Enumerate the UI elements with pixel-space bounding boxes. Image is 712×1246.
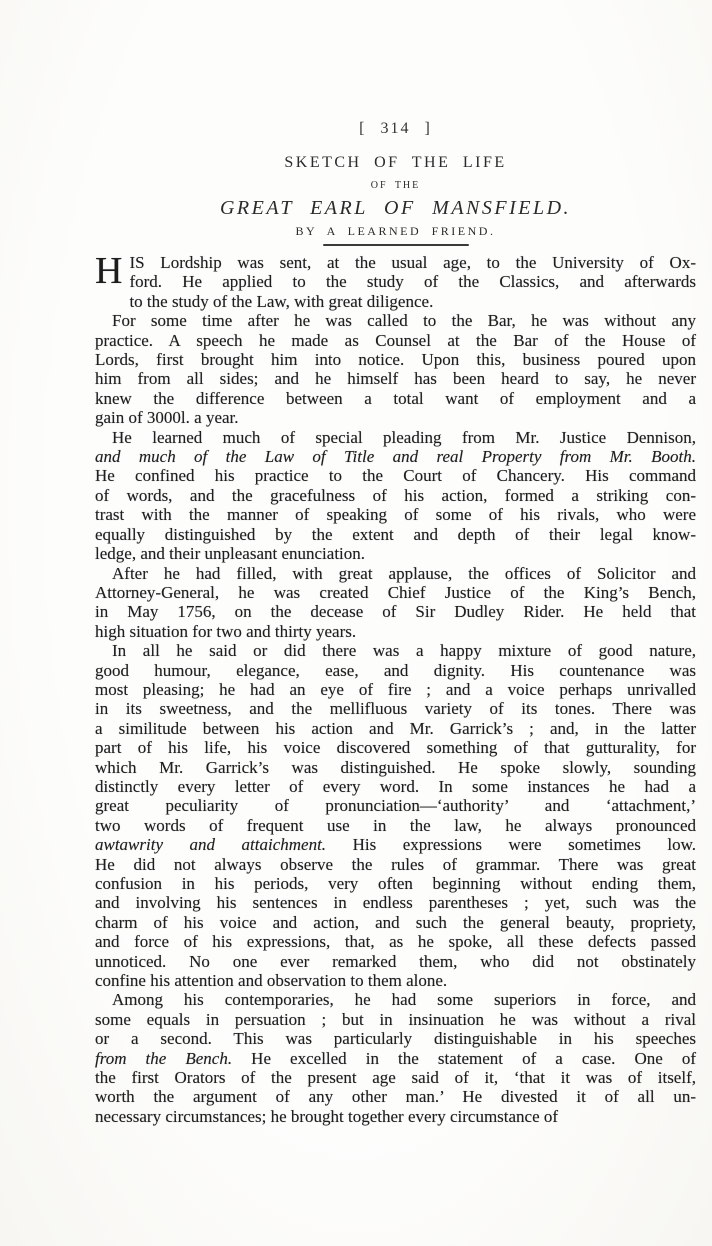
text-segment: part of his life, his voice discovered s… bbox=[95, 738, 696, 757]
paragraph: Among his contemporaries, he had some su… bbox=[95, 990, 696, 1126]
text-segment: IS Lordship was sent, at the usual age, … bbox=[129, 253, 696, 272]
text-segment: him from all sides; and he himself has b… bbox=[95, 369, 696, 388]
article-title: SKETCH OF THE LIFE bbox=[95, 153, 696, 173]
text-line: of words, and the gracefulness of his ac… bbox=[95, 486, 696, 505]
text-line: gain of 3000l. a year. bbox=[95, 408, 696, 427]
text-segment: ford. He applied to the study of the Cla… bbox=[129, 272, 696, 291]
text-segment: In all he said or did there was a happy … bbox=[112, 641, 696, 660]
text-line: He confined his practice to the Court of… bbox=[95, 466, 696, 485]
text-line: confine his attention and observation to… bbox=[95, 971, 696, 990]
text-line: Lords, first brought him into notice. Up… bbox=[95, 350, 696, 369]
text-line: distinctly every letter of every word. I… bbox=[95, 777, 696, 796]
text-segment: confine his attention and observation to… bbox=[95, 971, 447, 990]
text-line: two words of frequent use in the law, he… bbox=[95, 816, 696, 835]
text-segment: ledge, and their unpleasant enunciation. bbox=[95, 544, 365, 563]
text-line: unnoticed. No one ever remarked them, wh… bbox=[95, 952, 696, 971]
text-line: He did not always observe the rules of g… bbox=[95, 855, 696, 874]
text-segment: He confined his practice to the Court of… bbox=[95, 466, 696, 485]
text-segment: Among his contemporaries, he had some su… bbox=[112, 990, 696, 1009]
text-line: practice. A speech he made as Counsel at… bbox=[95, 331, 696, 350]
text-segment: For some time after he was called to the… bbox=[112, 311, 696, 330]
page-header: [ 314 ] SKETCH OF THE LIFE OF THE GREAT … bbox=[95, 120, 696, 246]
text-segment: He excelled in the statement of a case. … bbox=[232, 1049, 696, 1068]
text-segment: gain of 3000l. a year. bbox=[95, 408, 239, 427]
text-line: Among his contemporaries, he had some su… bbox=[95, 990, 696, 1009]
text-segment: charm of his voice and action, and such … bbox=[95, 913, 696, 932]
paragraph: He learned much of special pleading from… bbox=[95, 428, 696, 564]
text-line: confusion in his periods, very often beg… bbox=[95, 874, 696, 893]
text-segment: which Mr. Garrick’s was distinguished. H… bbox=[95, 758, 696, 777]
text-line: For some time after he was called to the… bbox=[95, 311, 696, 330]
text-segment: two words of frequent use in the law, he… bbox=[95, 816, 696, 835]
text-column: [ 314 ] SKETCH OF THE LIFE OF THE GREAT … bbox=[95, 0, 696, 1126]
text-segment: in May 1756, on the decease of Sir Dudle… bbox=[95, 602, 696, 621]
page-number: [ 314 ] bbox=[95, 120, 696, 138]
italic-text-segment: from the Bench. bbox=[95, 1049, 232, 1068]
text-line: from the Bench. He excelled in the state… bbox=[95, 1049, 696, 1068]
text-segment: practice. A speech he made as Counsel at… bbox=[95, 331, 696, 350]
text-line: ford. He applied to the study of the Cla… bbox=[95, 272, 696, 291]
text-line: ledge, and their unpleasant enunciation. bbox=[95, 544, 696, 563]
text-segment: to the study of the Law, with great dili… bbox=[129, 292, 433, 311]
text-segment: knew the difference between a total want… bbox=[95, 389, 696, 408]
text-line: charm of his voice and action, and such … bbox=[95, 913, 696, 932]
text-segment: Attorney-General, he was created Chief J… bbox=[95, 583, 696, 602]
text-line: worth the argument of any other man.’ He… bbox=[95, 1087, 696, 1106]
paragraph: In all he said or did there was a happy … bbox=[95, 641, 696, 990]
text-line: a similitude between his action and Mr. … bbox=[95, 719, 696, 738]
text-segment: distinctly every letter of every word. I… bbox=[95, 777, 696, 796]
article-body: HIS Lordship was sent, at the usual age,… bbox=[95, 253, 696, 1126]
text-segment: After he had filled, with great applause… bbox=[112, 564, 696, 583]
text-segment: confusion in his periods, very often beg… bbox=[95, 874, 696, 893]
italic-text-segment: and much of the Law of Title and real Pr… bbox=[95, 447, 696, 466]
divider-rule bbox=[323, 244, 469, 246]
text-segment: of words, and the gracefulness of his ac… bbox=[95, 486, 696, 505]
text-line: the first Orators of the present age sai… bbox=[95, 1068, 696, 1087]
text-line: In all he said or did there was a happy … bbox=[95, 641, 696, 660]
text-segment: He did not always observe the rules of g… bbox=[95, 855, 696, 874]
text-line: or a second. This was particularly disti… bbox=[95, 1029, 696, 1048]
text-line: most pleasing; he had an eye of fire ; a… bbox=[95, 680, 696, 699]
text-line: After he had filled, with great applause… bbox=[95, 564, 696, 583]
text-segment: good humour, elegance, ease, and dignity… bbox=[95, 661, 696, 680]
text-segment: or a second. This was particularly disti… bbox=[95, 1029, 696, 1048]
text-line: high situation for two and thirty years. bbox=[95, 622, 696, 641]
drop-cap-letter: H bbox=[95, 253, 129, 292]
italic-text-segment: awtawrity and attaichment. bbox=[95, 835, 326, 854]
text-line: him from all sides; and he himself has b… bbox=[95, 369, 696, 388]
text-line: awtawrity and attaichment. His expressio… bbox=[95, 835, 696, 854]
text-segment: the first Orators of the present age sai… bbox=[95, 1068, 696, 1087]
paragraph: After he had filled, with great applause… bbox=[95, 564, 696, 642]
title-connector: OF THE bbox=[95, 180, 696, 192]
paragraph: HIS Lordship was sent, at the usual age,… bbox=[95, 253, 696, 311]
text-segment: most pleasing; he had an eye of fire ; a… bbox=[95, 680, 696, 699]
text-line: and force of his expressions, that, as h… bbox=[95, 932, 696, 951]
text-line: good humour, elegance, ease, and dignity… bbox=[95, 661, 696, 680]
text-segment: a similitude between his action and Mr. … bbox=[95, 719, 696, 738]
text-segment: He learned much of special pleading from… bbox=[112, 428, 696, 447]
text-line: necessary circumstances; he brought toge… bbox=[95, 1107, 696, 1126]
text-line: Attorney-General, he was created Chief J… bbox=[95, 583, 696, 602]
text-line: and much of the Law of Title and real Pr… bbox=[95, 447, 696, 466]
text-segment: some equals in persuation ; but in insin… bbox=[95, 1010, 696, 1029]
text-segment: great peculiarity of pronunciation—‘auth… bbox=[95, 796, 696, 815]
subject-title: GREAT EARL OF MANSFIELD. bbox=[95, 196, 696, 220]
text-line: He learned much of special pleading from… bbox=[95, 428, 696, 447]
text-line: in its sweetness, and the mellifluous va… bbox=[95, 699, 696, 718]
text-line: some equals in persuation ; but in insin… bbox=[95, 1010, 696, 1029]
text-segment: and involving his sentences in endless p… bbox=[95, 893, 696, 912]
scanned-book-page: [ 314 ] SKETCH OF THE LIFE OF THE GREAT … bbox=[0, 0, 712, 1246]
text-segment: in its sweetness, and the mellifluous va… bbox=[95, 699, 696, 718]
text-line: knew the difference between a total want… bbox=[95, 389, 696, 408]
text-segment: and force of his expressions, that, as h… bbox=[95, 932, 696, 951]
text-line: part of his life, his voice discovered s… bbox=[95, 738, 696, 757]
text-line: to the study of the Law, with great dili… bbox=[95, 292, 696, 311]
paragraph: For some time after he was called to the… bbox=[95, 311, 696, 427]
text-line: in May 1756, on the decease of Sir Dudle… bbox=[95, 602, 696, 621]
text-segment: high situation for two and thirty years. bbox=[95, 622, 356, 641]
text-segment: necessary circumstances; he brought toge… bbox=[95, 1107, 558, 1126]
text-line: which Mr. Garrick’s was distinguished. H… bbox=[95, 758, 696, 777]
text-segment: equally distinguished by the extent and … bbox=[95, 525, 696, 544]
text-line: IS Lordship was sent, at the usual age, … bbox=[95, 253, 696, 272]
text-segment: worth the argument of any other man.’ He… bbox=[95, 1087, 696, 1106]
text-segment: Lords, first brought him into notice. Up… bbox=[95, 350, 696, 369]
text-segment: unnoticed. No one ever remarked them, wh… bbox=[95, 952, 696, 971]
text-line: equally distinguished by the extent and … bbox=[95, 525, 696, 544]
text-line: and involving his sentences in endless p… bbox=[95, 893, 696, 912]
text-line: trast with the manner of speaking of som… bbox=[95, 505, 696, 524]
text-segment: His expressions were sometimes low. bbox=[326, 835, 696, 854]
byline: BY A LEARNED FRIEND. bbox=[95, 224, 696, 239]
text-line: great peculiarity of pronunciation—‘auth… bbox=[95, 796, 696, 815]
text-segment: trast with the manner of speaking of som… bbox=[95, 505, 696, 524]
